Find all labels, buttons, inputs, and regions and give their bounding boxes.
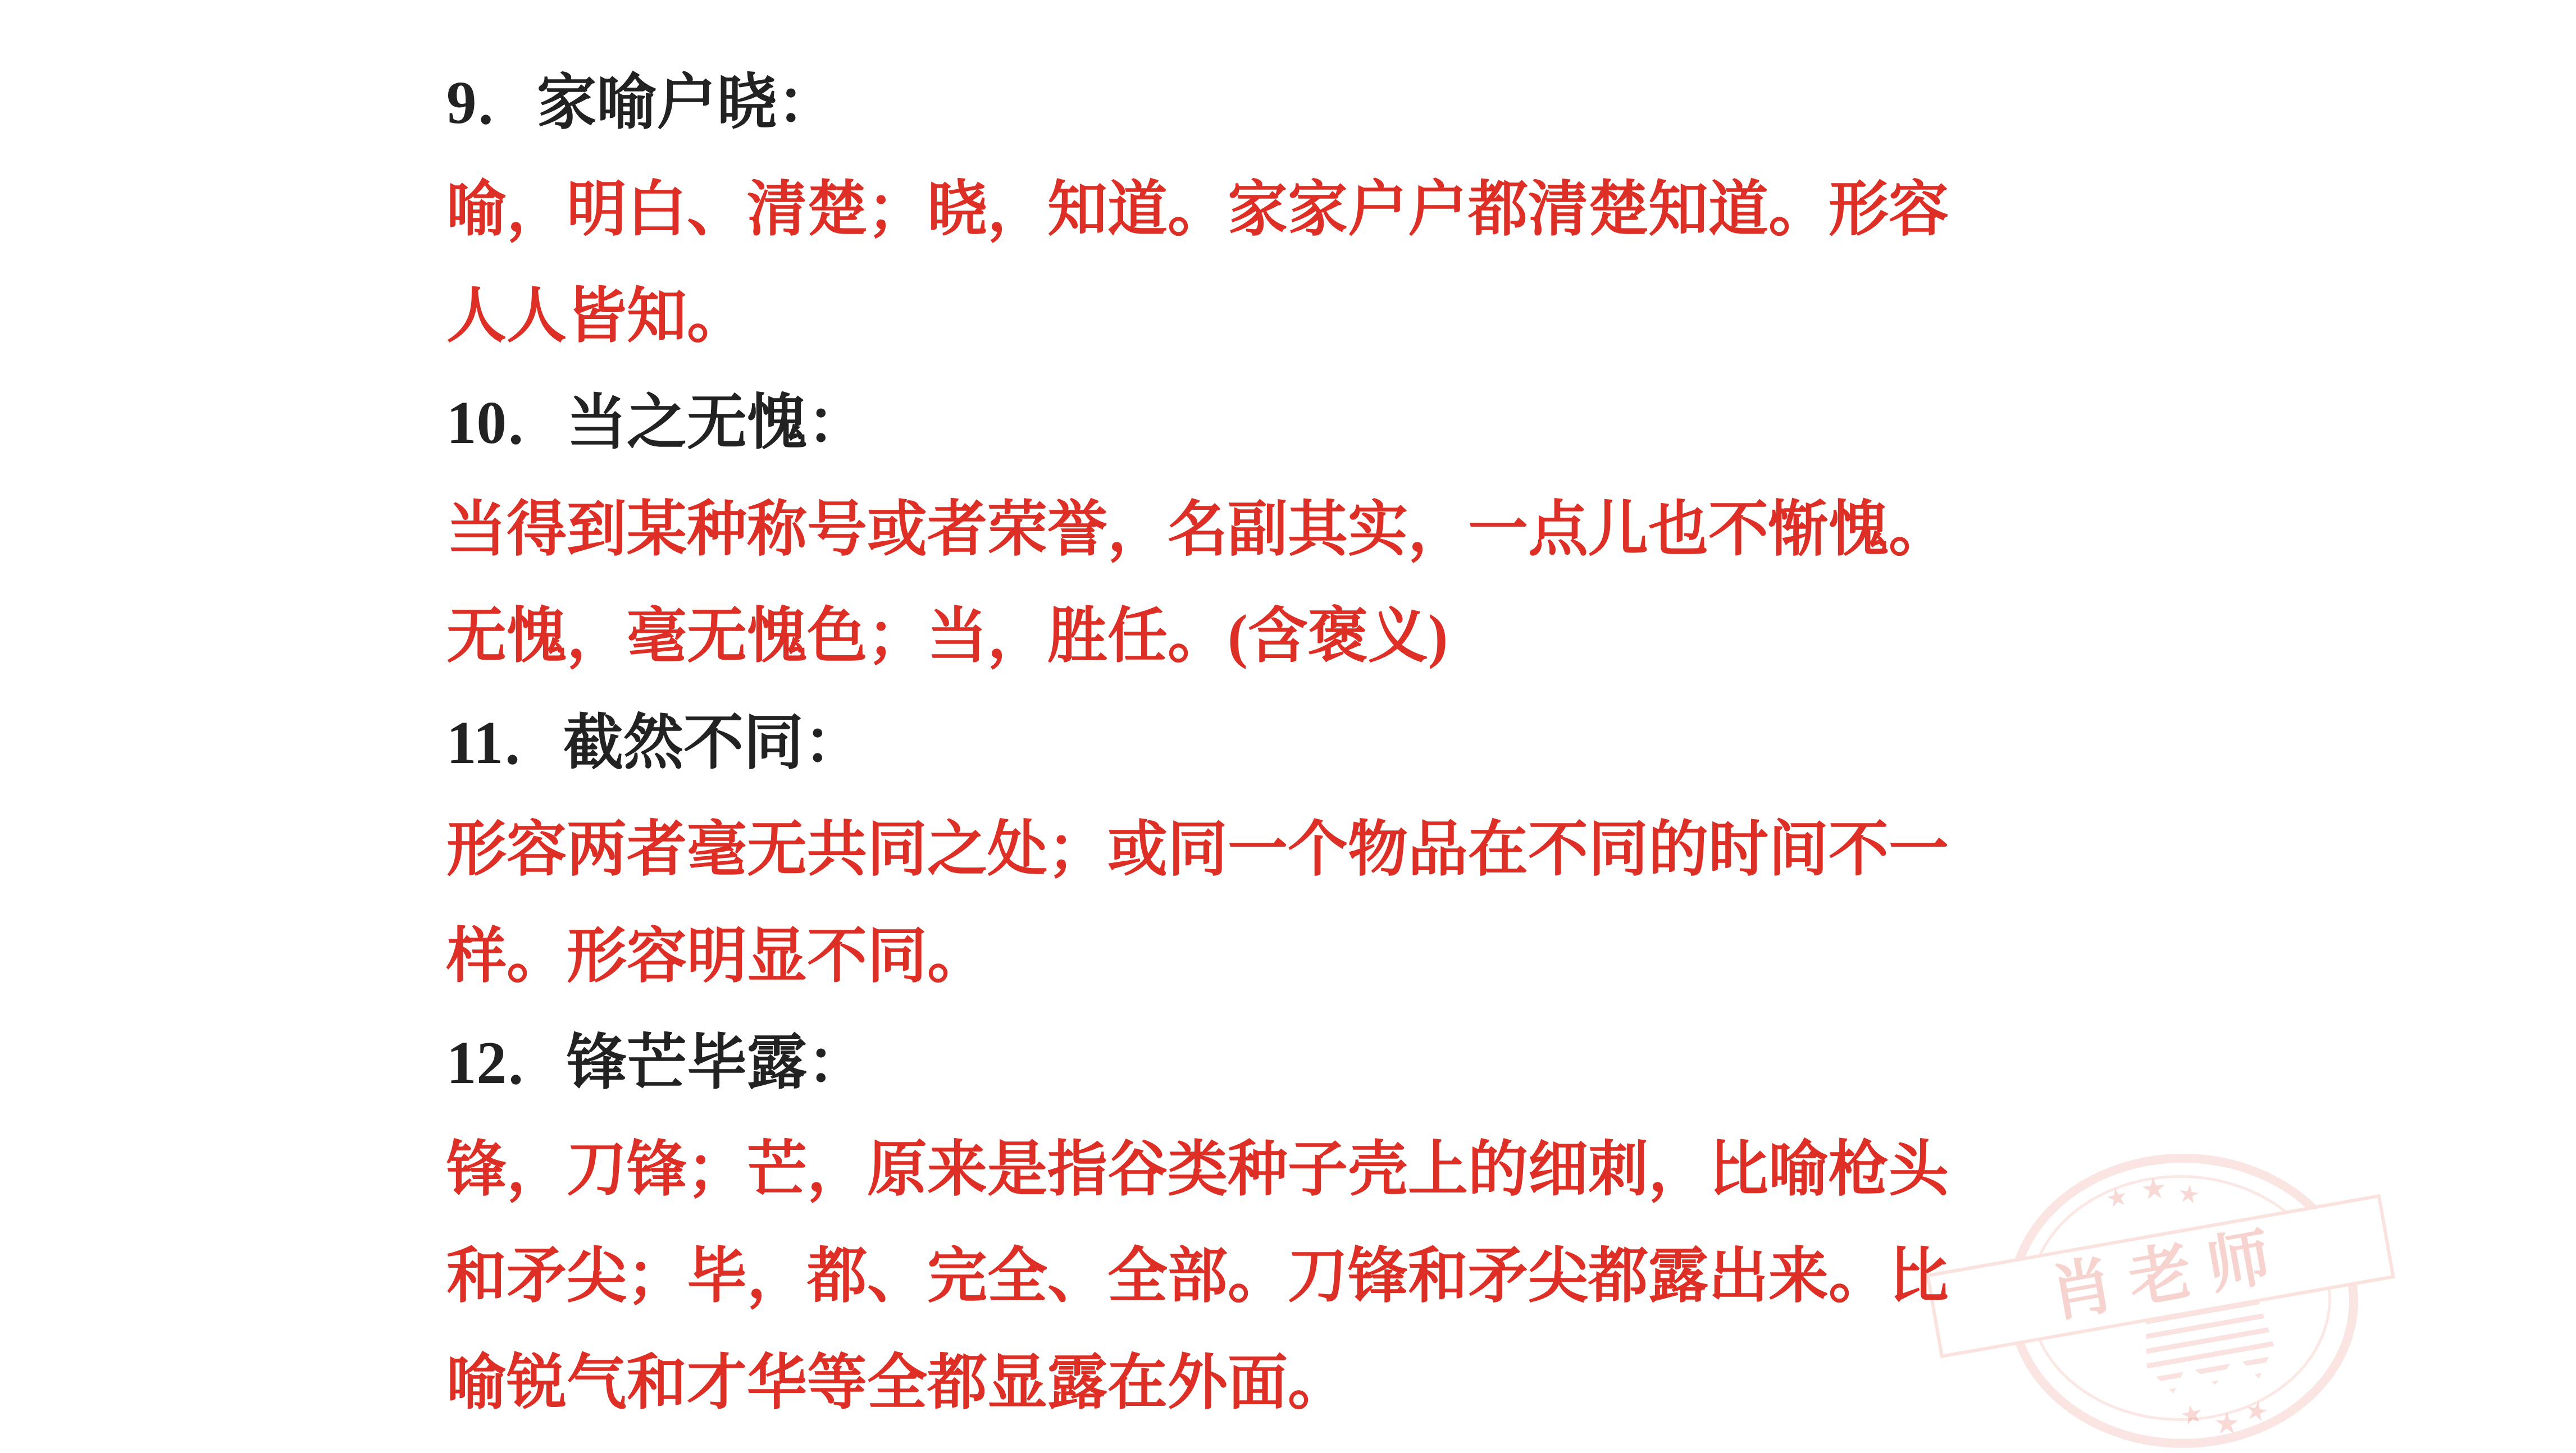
item-11-definition-line-1: 形容两者毫无共同之处；或同一个物品在不同的时间不一 xyxy=(446,797,1996,903)
document-page: 9．家喻户晓： 喻，明白、清楚；晓，知道。家家户户都清楚知道。形容 人人皆知。 … xyxy=(0,0,2576,1453)
item-10-definition-line-2: 无愧，毫无愧色；当，胜任。(含褒义) xyxy=(446,583,1996,690)
item-10-heading: 10．当之无愧： xyxy=(446,370,1996,477)
stamp-teacher-name: 肖老师 xyxy=(2029,1223,2292,1329)
stamp-inner-ring xyxy=(2029,1175,2331,1421)
item-11-definition-line-2: 样。形容明显不同。 xyxy=(446,903,1996,1010)
star-icon: ★ xyxy=(2176,1181,2201,1208)
item-12-heading: 12．锋芒毕露： xyxy=(446,1010,1996,1117)
stamp-outer-ring xyxy=(2008,1154,2358,1448)
star-icon: ★ xyxy=(2214,1409,2240,1438)
item-12-definition-line-2: 和矛尖；毕，都、完全、全部。刀锋和矛尖都露出来。比 xyxy=(446,1223,1996,1330)
stamp-ribbon-icon xyxy=(2139,1297,2279,1397)
star-icon: ★ xyxy=(2140,1173,2168,1205)
item-11-heading: 11．截然不同： xyxy=(446,690,1996,797)
notes-text-block: 9．家喻户晓： 喻，明白、清楚；晓，知道。家家户户都清楚知道。形容 人人皆知。 … xyxy=(446,50,1996,1437)
item-9-heading: 9．家喻户晓： xyxy=(446,50,1996,157)
item-9-definition-line-1: 喻，明白、清楚；晓，知道。家家户户都清楚知道。形容 xyxy=(446,157,1996,263)
item-12-definition-line-1: 锋，刀锋；芒，原来是指谷类种子壳上的细刺，比喻枪头 xyxy=(446,1117,1996,1223)
item-12-definition-line-3: 喻锐气和才华等全都显露在外面。 xyxy=(446,1330,1996,1437)
star-icon: ★ xyxy=(2178,1399,2206,1429)
item-9-definition-line-2: 人人皆知。 xyxy=(446,263,1996,370)
star-icon: ★ xyxy=(2243,1396,2270,1425)
star-icon: ★ xyxy=(2104,1184,2131,1212)
item-10-definition-line-1: 当得到某种称号或者荣誉，名副其实，一点儿也不惭愧。 xyxy=(446,477,1996,583)
